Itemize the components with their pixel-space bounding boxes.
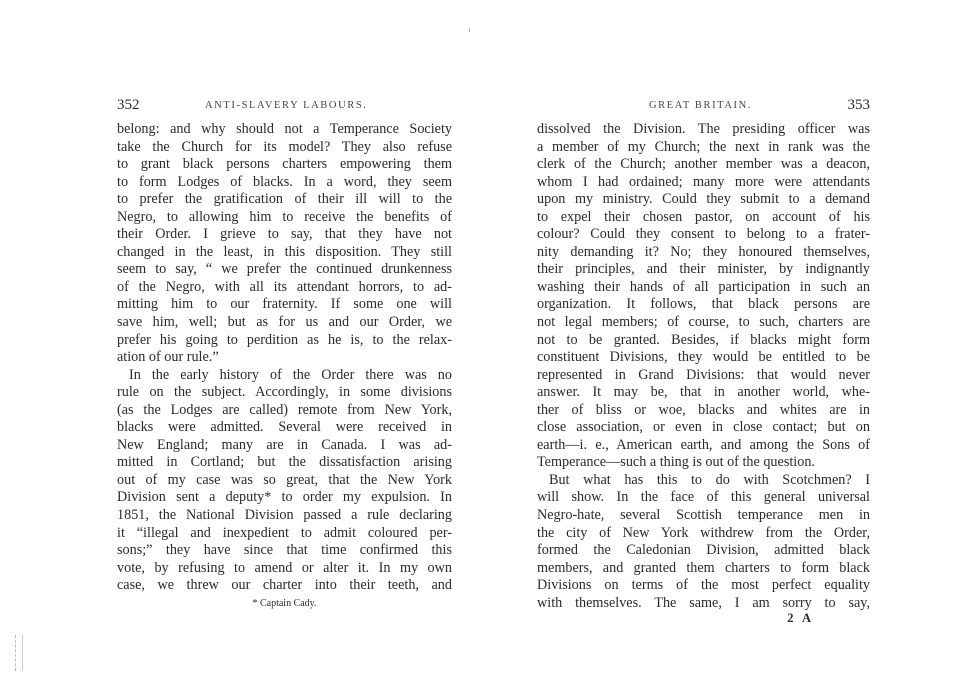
text-line: close association, or even in close cont… [537, 419, 870, 437]
text-line: of the Negro, with all its attendant hor… [117, 279, 452, 297]
text-line: with themselves. The same, I am sorry to… [537, 595, 870, 613]
text-line: belong: and why should not a Temperance … [117, 121, 452, 139]
running-header: GREAT BRITAIN. 353 [537, 99, 870, 115]
text-line: case, we threw our charter into their te… [117, 577, 452, 595]
scan-artifact [469, 28, 470, 32]
text-line: mitting him to our fraternity. If some o… [117, 296, 452, 314]
text-line: ation of our rule.” [117, 349, 452, 367]
page-body: dissolved the Division. The presiding of… [537, 121, 870, 612]
text-line: prefer his going to perdition as he is, … [117, 332, 452, 350]
text-line: members, and granted them charters to fo… [537, 560, 870, 578]
scan-artifact [15, 635, 23, 671]
text-line: mitted in Cortland; but the dissatisfact… [117, 454, 452, 472]
text-line: Divisions on terms of the most perfect e… [537, 577, 870, 595]
running-head-title: ANTI-SLAVERY LABOURS. [205, 100, 368, 111]
page-body: belong: and why should not a Temperance … [117, 121, 452, 595]
text-line: ther of bliss or woe, blacks and whites … [537, 402, 870, 420]
text-line: seem to say, “ we prefer the continued d… [117, 261, 452, 279]
text-line: formed the Caledonian Division, admitted… [537, 542, 870, 560]
text-line: out of my case was so great, that the Ne… [117, 472, 452, 490]
text-line: a member of my Church; the next in rank … [537, 139, 870, 157]
text-line: their principles, and their minister, by… [537, 261, 870, 279]
text-line: nity demanding it? No; they honoured the… [537, 244, 870, 262]
text-line: But what has this to do with Scotchmen? … [537, 472, 870, 490]
text-line: to prefer the gratification of their ill… [117, 191, 452, 209]
text-line: earth—i. e., American earth, and among t… [537, 437, 870, 455]
text-line: will show. In the face of this general u… [537, 489, 870, 507]
text-line: In the early history of the Order there … [117, 367, 452, 385]
text-line: New England; many are in Canada. I was a… [117, 437, 452, 455]
text-line: not legal members; of course, to such, c… [537, 314, 870, 332]
text-line: to expel their chosen pastor, on account… [537, 209, 870, 227]
text-line: blacks were admitted. Several were recei… [117, 419, 452, 437]
footnote: * Captain Cady. [117, 598, 452, 609]
text-line: washing their hands of all participation… [537, 279, 870, 297]
text-line: answer. It may be, that in another world… [537, 384, 870, 402]
text-line: vote, by refusing to amend or alter it. … [117, 560, 452, 578]
text-line: Division sent a deputy* to order my expu… [117, 489, 452, 507]
text-line: to form Lodges of blacks. In a word, the… [117, 174, 452, 192]
text-line: the city of New York withdrew from the O… [537, 525, 870, 543]
text-line: their Order. I grieve to say, that they … [117, 226, 452, 244]
text-line: rule on the subject. Accordingly, in som… [117, 384, 452, 402]
text-line: sons;” they have since that time confirm… [117, 542, 452, 560]
text-line: Negro, to allowing him to receive the be… [117, 209, 452, 227]
page-number: 353 [848, 97, 871, 114]
text-line: dissolved the Division. The presiding of… [537, 121, 870, 139]
running-head-title: GREAT BRITAIN. [649, 100, 752, 111]
text-line: it “illegal and inexpedient to admit col… [117, 525, 452, 543]
text-line: 1851, the National Division passed a rul… [117, 507, 452, 525]
text-line: save him, well; but as for us and our Or… [117, 314, 452, 332]
text-line: whom I had ordained; many more were atte… [537, 174, 870, 192]
text-line: represented in Grand Divisions: that wou… [537, 367, 870, 385]
text-line: constituent Divisions, they would be ent… [537, 349, 870, 367]
text-line: Negro-hate, several Scottish temperance … [537, 507, 870, 525]
text-line: changed in the least, in this dispositio… [117, 244, 452, 262]
running-header: 352 ANTI-SLAVERY LABOURS. [117, 99, 452, 115]
text-line: to grant black persons charters empoweri… [117, 156, 452, 174]
text-line: take the Church for its model? They also… [117, 139, 452, 157]
text-line: organization. It follows, that black per… [537, 296, 870, 314]
text-line: clerk of the Church; another member was … [537, 156, 870, 174]
text-line: not to be granted. Besides, if blacks mi… [537, 332, 870, 350]
page-number: 352 [117, 97, 140, 114]
text-line: Temperance—such a thing is out of the qu… [537, 454, 870, 472]
text-line: upon my ministry. Could they submit to a… [537, 191, 870, 209]
text-line: (as the Lodges are called) remote from N… [117, 402, 452, 420]
text-line: colour? Could they consent to belong to … [537, 226, 870, 244]
signature-mark: 2 A [787, 611, 814, 626]
